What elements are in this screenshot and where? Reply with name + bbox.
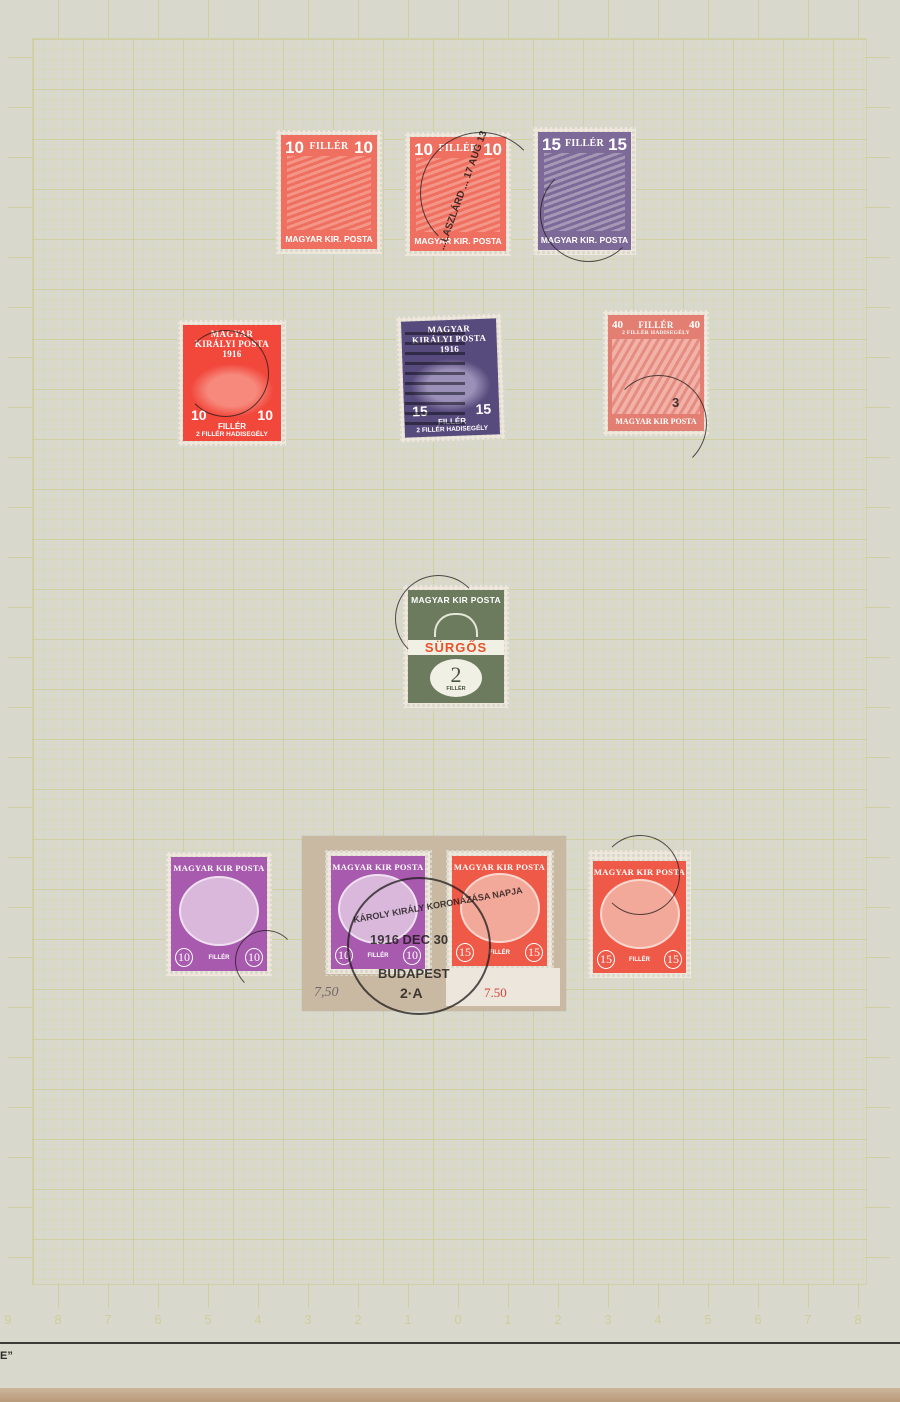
scale-tick <box>358 1283 359 1308</box>
stamp-bottom-label: FILLÉR <box>218 422 246 431</box>
scale-tick <box>58 1283 59 1308</box>
scale-tick <box>108 1283 109 1308</box>
reapers-scene <box>544 153 625 231</box>
scale-tick <box>865 307 890 308</box>
denomination-oval: 2 FILLÉR <box>430 659 482 697</box>
scale-tick <box>408 1283 409 1308</box>
scale-tick <box>408 0 409 38</box>
scale-tick <box>865 807 890 808</box>
scale-tick <box>808 0 809 38</box>
scale-tick <box>865 357 890 358</box>
scale-tick <box>8 1057 32 1058</box>
denomination-left: 15 <box>597 950 615 969</box>
scale-tick <box>8 607 32 608</box>
stamp-queen-zita-10-filler[interactable]: MAGYAR KIR POSTA 10 FILLÉR 10 <box>166 852 272 976</box>
scale-tick <box>8 557 32 558</box>
scale-tick <box>8 357 32 358</box>
scale-tick <box>8 257 32 258</box>
denomination-left: 15 <box>456 943 474 962</box>
denomination-left: 10 <box>191 407 207 423</box>
denomination-right: 10 <box>483 140 502 160</box>
scale-tick <box>858 1283 859 1308</box>
scale-tick <box>865 707 890 708</box>
scale-tick <box>758 0 759 38</box>
reapers-scene <box>287 156 371 230</box>
scale-tick <box>608 1283 609 1308</box>
denomination-left: 10 <box>414 140 433 160</box>
scale-tick <box>865 1057 890 1058</box>
portrait-medallion <box>600 879 680 949</box>
denomination-right: 40 <box>689 319 700 331</box>
scale-number: 5 <box>204 1312 211 1327</box>
scale-tick <box>358 0 359 38</box>
denomination-left: 40 <box>612 319 623 331</box>
stamp-reaper-15-filler[interactable]: FILLÉR 15 15 MAGYAR KIR. POSTA <box>533 127 636 255</box>
stamp-sub-label: 2 FILLÉR HADISEGÉLY <box>622 330 690 336</box>
scale-number: 1 <box>504 1312 511 1327</box>
stamp-bottom-label: MAGYAR KIR. POSTA <box>541 235 628 245</box>
stamp-top-label: MAGYAR KIR POSTA <box>411 595 501 605</box>
scale-tick <box>608 0 609 38</box>
scale-tick <box>865 57 890 58</box>
scale-tick <box>8 307 32 308</box>
scale-tick <box>8 407 32 408</box>
scale-tick <box>158 0 159 38</box>
scale-tick <box>8 807 32 808</box>
scale-tick <box>865 257 890 258</box>
scale-tick <box>865 207 890 208</box>
scale-tick <box>8 1257 32 1258</box>
scale-tick <box>8 1157 32 1158</box>
denomination-left: 10 <box>175 948 193 967</box>
stamp-king-charles-15-filler-on-piece[interactable]: MAGYAR KIR POSTA 15 FILLÉR 15 <box>447 851 552 971</box>
scale-tick <box>865 407 890 408</box>
denomination-right: 15 <box>608 135 627 155</box>
stamp-war-charity-10-filler[interactable]: MAGYAR KIRÁLYI POSTA 1916 10 10 FILLÉR 2… <box>178 320 286 446</box>
denomination-right: 15 <box>525 943 543 962</box>
stamp-top-label: FILLÉR <box>309 141 348 152</box>
scale-tick <box>865 157 890 158</box>
crown-ornament <box>434 613 478 637</box>
scale-tick <box>458 1283 459 1308</box>
footer-label: E” <box>0 1350 13 1362</box>
scale-tick <box>508 0 509 38</box>
scale-tick <box>865 1257 890 1258</box>
scale-tick <box>508 1283 509 1308</box>
denomination-right: 10 <box>403 946 421 965</box>
denomination-right: 10 <box>354 138 373 158</box>
scale-number: 2 <box>554 1312 561 1327</box>
scale-tick <box>865 607 890 608</box>
denomination-left: 15 <box>412 403 428 420</box>
scale-tick <box>658 1283 659 1308</box>
scale-tick <box>858 0 859 38</box>
scale-tick <box>258 0 259 38</box>
stamp-bottom-label: FILLÉR <box>629 957 650 963</box>
scale-tick <box>558 0 559 38</box>
page-bottom-rule <box>0 1342 900 1344</box>
denomination-right: 15 <box>475 401 491 418</box>
denomination-left: 15 <box>542 135 561 155</box>
scale-tick <box>58 0 59 38</box>
album-page: FILLÉR 10 10 MAGYAR KIR. POSTA FILLÉR 10… <box>0 0 900 1388</box>
stamp-top-label: FILLÉR <box>638 320 673 330</box>
stamp-top-label: MAGYAR KIR POSTA <box>594 867 685 877</box>
stamp-reaper-10-filler[interactable]: FILLÉR 10 10 MAGYAR KIR. POSTA <box>276 130 382 254</box>
scale-number: 8 <box>854 1312 861 1327</box>
scale-number: 4 <box>654 1312 661 1327</box>
denomination-unit: FILLÉR <box>446 686 465 692</box>
scale-tick <box>808 1283 809 1308</box>
stamp-sub-label: 2 FILLÉR HADISEGÉLY <box>416 425 488 434</box>
scale-tick <box>8 207 32 208</box>
scale-number: 0 <box>454 1312 461 1327</box>
scale-number: 1 <box>404 1312 411 1327</box>
stamp-bottom-label: FILLÉR <box>489 950 510 956</box>
eagle-scene <box>612 339 700 414</box>
scale-number: 7 <box>104 1312 111 1327</box>
sheet-margin-price: 7.50 <box>484 985 507 1001</box>
stamp-king-charles-15-filler[interactable]: MAGYAR KIR POSTA 15 FILLÉR 15 <box>588 850 691 978</box>
scale-tick <box>865 107 890 108</box>
scale-number: 3 <box>304 1312 311 1327</box>
scale-tick <box>865 1207 890 1208</box>
scale-tick <box>708 0 709 38</box>
stamp-top-label: MAGYAR KIR POSTA <box>332 862 423 872</box>
scale-number: 6 <box>154 1312 161 1327</box>
scale-tick <box>108 0 109 38</box>
scale-tick <box>865 1107 890 1108</box>
scale-tick <box>208 0 209 38</box>
scale-number: 9 <box>4 1312 11 1327</box>
pencil-note: 7,50 <box>314 985 339 1001</box>
scale-tick <box>458 0 459 38</box>
denomination: 2 <box>451 664 462 686</box>
scale-tick <box>8 957 32 958</box>
stamp-top-label: MAGYAR KIR POSTA <box>454 862 545 872</box>
scale-tick <box>8 457 32 458</box>
scale-number: 4 <box>254 1312 261 1327</box>
stamp-queen-zita-10-filler-on-piece[interactable]: MAGYAR KIR POSTA 10 FILLÉR 10 <box>326 851 430 974</box>
stamp-top-label: MAGYAR KIRÁLYI POSTA <box>409 323 490 346</box>
stamp-harvest-40-filler[interactable]: FILLÉR 2 FILLÉR HADISEGÉLY 40 40 MAGYAR … <box>603 310 709 436</box>
stamp-bottom-label: FILLÉR <box>368 953 389 959</box>
scale-tick <box>865 957 890 958</box>
denomination-right: 10 <box>245 948 263 967</box>
stamp-top-label: MAGYAR KIR POSTA <box>173 863 264 873</box>
scale-tick <box>8 1107 32 1108</box>
scale-tick <box>865 857 890 858</box>
stamp-sub-label: 2 FILLÉR HADISEGÉLY <box>196 431 268 438</box>
scale-tick <box>8 1207 32 1208</box>
portrait-medallion <box>179 876 259 946</box>
reapers-scene <box>416 158 500 232</box>
scale-tick <box>8 757 32 758</box>
scale-tick <box>865 557 890 558</box>
stamp-reaper-10-filler-cancelled[interactable]: FILLÉR 10 10 MAGYAR KIR. POSTA <box>405 132 511 256</box>
scale-tick <box>8 107 32 108</box>
scale-tick <box>8 707 32 708</box>
album-edge <box>0 1388 900 1402</box>
stamp-top-label: FILLÉR <box>565 138 604 149</box>
denomination-left: 10 <box>335 946 353 965</box>
scale-number: 5 <box>704 1312 711 1327</box>
portrait-medallion <box>460 873 540 943</box>
stamp-top-label: MAGYAR KIRÁLYI POSTA <box>192 329 272 349</box>
stamp-year: 1916 <box>222 349 241 359</box>
scale-tick <box>865 1007 890 1008</box>
scale-number: 6 <box>754 1312 761 1327</box>
scale-tick <box>8 57 32 58</box>
scale-tick <box>865 907 890 908</box>
scale-tick <box>558 1283 559 1308</box>
scale-tick <box>708 1283 709 1308</box>
scale-number: 7 <box>804 1312 811 1327</box>
scale-tick <box>865 457 890 458</box>
scale-number: 2 <box>354 1312 361 1327</box>
scale-tick <box>208 1283 209 1308</box>
stamp-bottom-label: MAGYAR KIR. POSTA <box>414 236 501 246</box>
stamp-war-charity-15-filler[interactable]: MAGYAR KIRÁLYI POSTA 1916 15 15 FILLÉR 2… <box>396 313 505 443</box>
scale-tick <box>865 757 890 758</box>
scale-tick <box>865 507 890 508</box>
overprint-label: SÜRGŐS <box>408 640 504 655</box>
stamp-surgos-2-filler[interactable]: MAGYAR KIR POSTA SÜRGŐS 2 FILLÉR <box>403 585 509 708</box>
portrait-medallion <box>338 874 418 944</box>
denomination-right: 10 <box>257 407 273 423</box>
scale-tick <box>865 1157 890 1158</box>
scale-tick <box>8 907 32 908</box>
denomination-left: 10 <box>285 138 304 158</box>
scale-tick <box>758 1283 759 1308</box>
scale-tick <box>8 507 32 508</box>
scale-tick <box>8 657 32 658</box>
denomination-right: 15 <box>664 950 682 969</box>
scale-tick <box>158 1283 159 1308</box>
scale-tick <box>258 1283 259 1308</box>
scale-tick <box>658 0 659 38</box>
scale-tick <box>865 657 890 658</box>
stamp-bottom-label: FILLÉR <box>209 955 230 961</box>
scale-tick <box>308 1283 309 1308</box>
scale-tick <box>8 1007 32 1008</box>
scale-tick <box>308 0 309 38</box>
scale-number: 8 <box>54 1312 61 1327</box>
stamp-bottom-label: MAGYAR KIR POSTA <box>615 417 696 426</box>
scale-tick <box>8 857 32 858</box>
stamp-top-label: FILLÉR <box>438 143 477 154</box>
stamp-bottom-label: MAGYAR KIR. POSTA <box>285 234 372 244</box>
scale-tick <box>8 157 32 158</box>
scale-number: 3 <box>604 1312 611 1327</box>
